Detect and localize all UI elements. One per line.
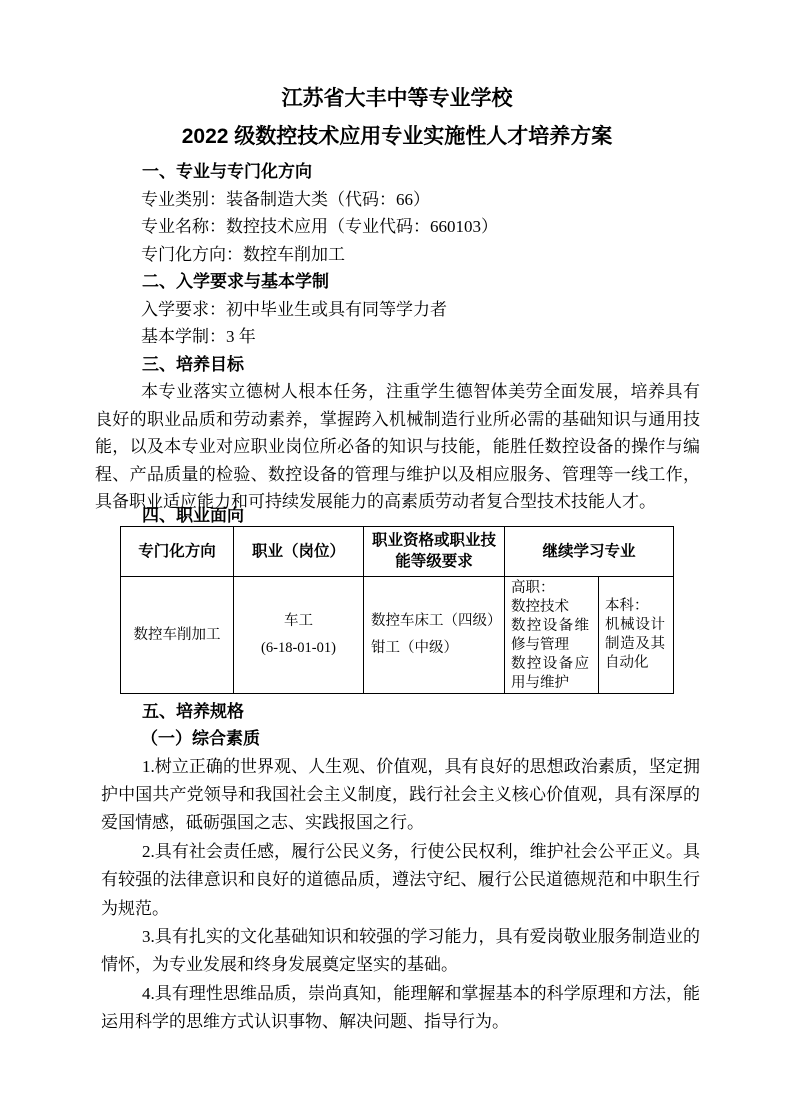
higher-voc-major-3: 数控设备应用与维护 — [511, 655, 589, 693]
major-category-line: 专业类别：装备制造大类（代码：66） — [141, 186, 700, 214]
specialization-line: 专门化方向：数控车削加工 — [141, 241, 700, 269]
doc-title-line1: 江苏省大丰中等专业学校 — [0, 84, 794, 114]
higher-voc-major-1: 数控技术 — [511, 598, 589, 617]
cell-higher-vocational: 高职： 数控技术 数控设备维修与管理 数控设备应用与维护 — [505, 576, 599, 693]
career-orientation-table: 专门化方向 职业（岗位） 职业资格或职业技能等级要求 继续学习专业 数控车削加工… — [120, 526, 674, 694]
document-page: 江苏省大丰中等专业学校 2022 级数控技术应用专业实施性人才培养方案 一、专业… — [0, 0, 794, 1108]
cell-job: 车工 (6-18-01-01) — [234, 576, 364, 693]
qualification-line-2: 钳工（中级） — [371, 635, 500, 662]
doc-title-line2: 2022 级数控技术应用专业实施性人才培养方案 — [0, 122, 794, 152]
qualification-line-1: 数控车床工（四级） — [371, 608, 500, 635]
spec-item-3: 3.具有扎实的文化基础知识和较强的学习能力，具有爱岗敬业服务制造业的情怀，为专业… — [101, 923, 700, 980]
higher-voc-label: 高职： — [511, 579, 589, 598]
spec-item-4: 4.具有理性思维品质，崇尚真知，能理解和掌握基本的科学原理和方法，能运用科学的思… — [101, 980, 700, 1037]
header-specialization: 专门化方向 — [121, 526, 234, 576]
training-objective-paragraph: 本专业落实立德树人根本任务，注重学生德智体美劳全面发展，培养具有良好的职业品质和… — [95, 378, 700, 516]
header-further-study: 继续学习专业 — [505, 526, 674, 576]
bachelor-label: 本科： — [605, 597, 665, 616]
section5-sub-heading: （一）综合素质 — [141, 725, 700, 753]
spec-item-2: 2.具有社会责任感，履行公民义务，行使公民权利，维护社会公平正义。具有较强的法律… — [101, 838, 700, 923]
section3-heading: 三、培养目标 — [142, 351, 700, 379]
table-header-row: 专门化方向 职业（岗位） 职业资格或职业技能等级要求 继续学习专业 — [121, 526, 674, 576]
cell-qualification: 数控车床工（四级） 钳工（中级） — [364, 576, 505, 693]
section5-heading: 五、培养规格 — [142, 698, 700, 726]
job-title: 车工 — [235, 608, 362, 635]
cell-bachelor: 本科： 机械设计制造及其自动化 — [599, 576, 674, 693]
table-data-row: 数控车削加工 车工 (6-18-01-01) 数控车床工（四级） 钳工（中级） … — [121, 576, 674, 693]
header-job: 职业（岗位） — [234, 526, 364, 576]
spec-item-1: 1.树立正确的世界观、人生观、价值观，具有良好的思想政治素质，坚定拥护中国共产党… — [101, 753, 700, 838]
header-qualification: 职业资格或职业技能等级要求 — [364, 526, 505, 576]
cell-direction: 数控车削加工 — [121, 576, 234, 693]
admission-requirement-line: 入学要求：初中毕业生或具有同等学力者 — [141, 296, 700, 324]
job-code: (6-18-01-01) — [235, 635, 362, 662]
schooling-length-line: 基本学制：3 年 — [141, 323, 700, 351]
section1-heading: 一、专业与专门化方向 — [142, 158, 700, 186]
document-body: 一、专业与专门化方向 专业类别：装备制造大类（代码：66） 专业名称：数控技术应… — [95, 158, 700, 1037]
major-name-line: 专业名称：数控技术应用（专业代码：660103） — [141, 213, 700, 241]
section2-heading: 二、入学要求与基本学制 — [142, 268, 700, 296]
higher-voc-major-2: 数控设备维修与管理 — [511, 617, 589, 655]
bachelor-major: 机械设计制造及其自动化 — [605, 616, 665, 673]
